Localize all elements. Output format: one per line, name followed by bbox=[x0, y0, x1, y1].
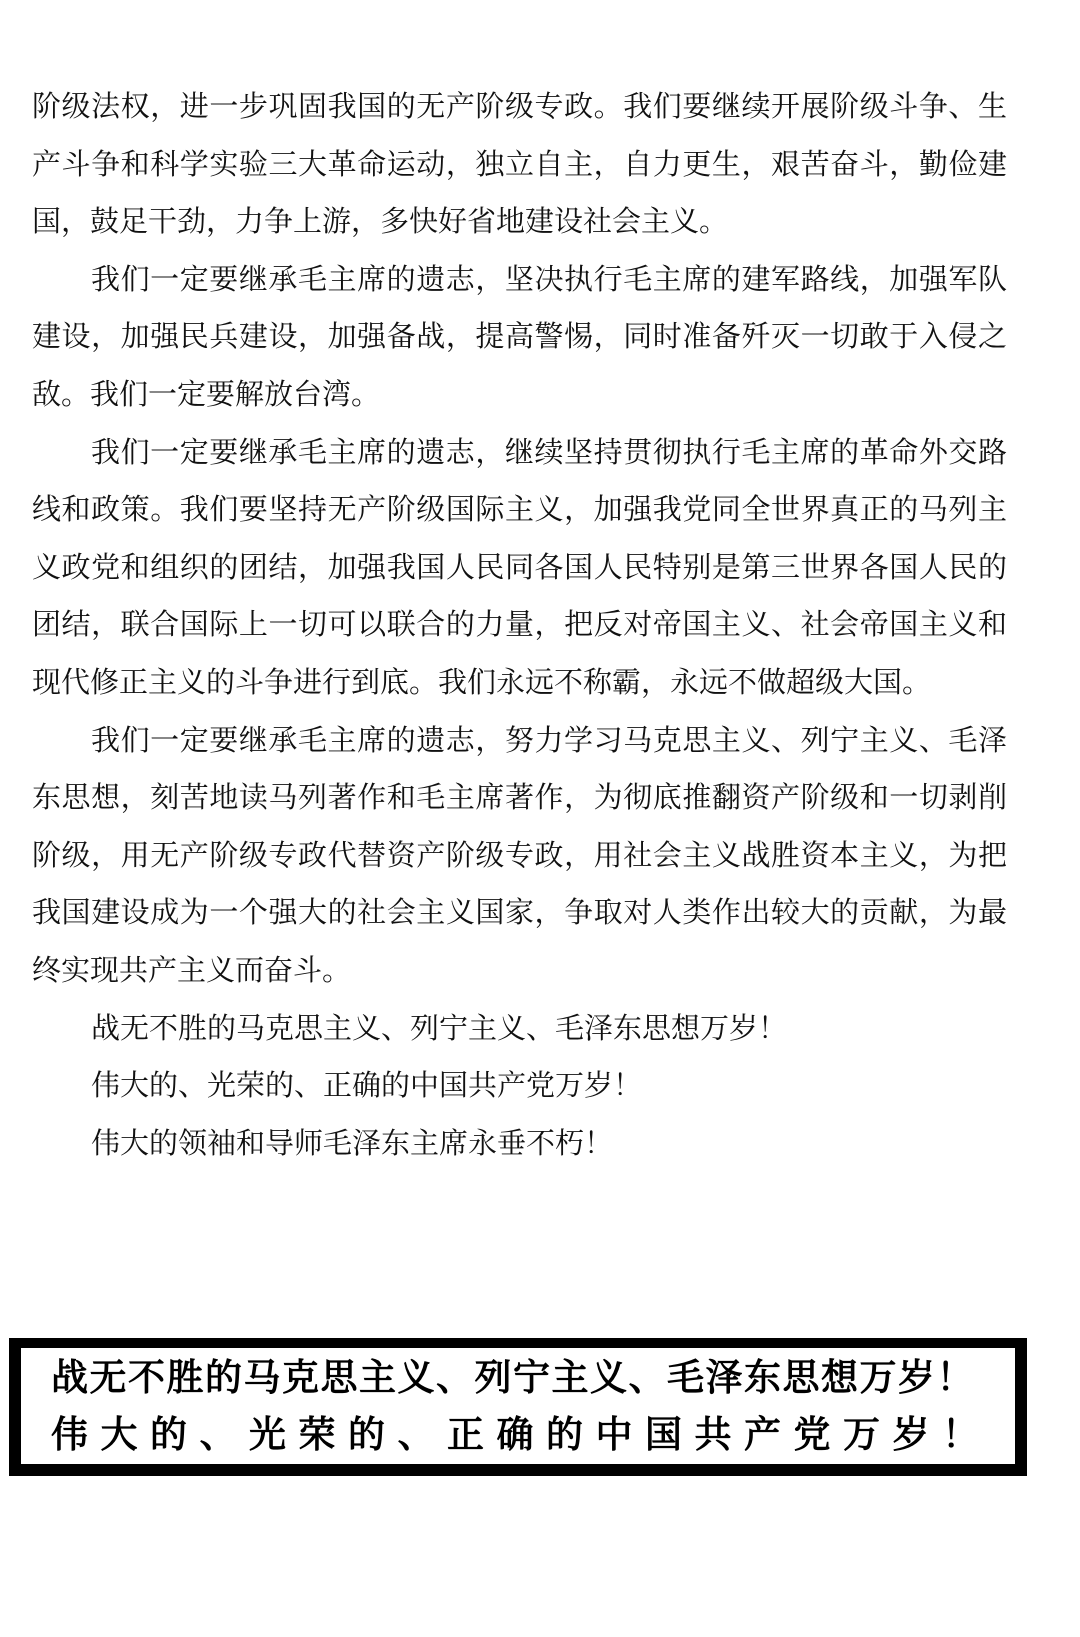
text-line: 现代修正主义的斗争进行到底。我们永远不称霸，永远不做超级大国。 bbox=[32, 654, 1007, 712]
text-line: 我们一定要继承毛主席的遗志，坚决执行毛主席的建军路线，加强军队 bbox=[32, 251, 1007, 309]
text-line: 线和政策。我们要坚持无产阶级国际主义，加强我党同全世界真正的马列主 bbox=[32, 481, 1007, 539]
text-line: 阶级法权，进一步巩固我国的无产阶级专政。我们要继续开展阶级斗争、生 bbox=[32, 78, 1007, 136]
text-line: 我们一定要继承毛主席的遗志，继续坚持贯彻执行毛主席的革命外交路 bbox=[32, 424, 1007, 482]
text-line: 产斗争和科学实验三大革命运动，独立自主，自力更生，艰苦奋斗，勤俭建 bbox=[32, 136, 1007, 194]
text-line: 东思想，刻苦地读马列著作和毛主席著作，为彻底推翻资产阶级和一切剥削 bbox=[32, 769, 1007, 827]
slogan-line: 伟大的领袖和导师毛泽东主席永垂不朽！ bbox=[32, 1115, 1007, 1173]
slogan-list: 战无不胜的马克思主义、列宁主义、毛泽东思想万岁！ 伟大的、光荣的、正确的中国共产… bbox=[32, 1000, 1007, 1173]
text-line: 敌。我们一定要解放台湾。 bbox=[32, 366, 1007, 424]
text-line: 我国建设成为一个强大的社会主义国家，争取对人类作出较大的贡献，为最 bbox=[32, 884, 1007, 942]
document-body: 阶级法权，进一步巩固我国的无产阶级专政。我们要继续开展阶级斗争、生 产斗争和科学… bbox=[32, 78, 1007, 1172]
banner-line: 伟大的、光荣的、正确的中国共产党万岁！ bbox=[21, 1406, 1015, 1463]
text-line: 义政党和组织的团结，加强我国人民同各国人民特别是第三世界各国人民的 bbox=[32, 539, 1007, 597]
paragraph: 阶级法权，进一步巩固我国的无产阶级专政。我们要继续开展阶级斗争、生 产斗争和科学… bbox=[32, 78, 1007, 251]
text-line: 团结，联合国际上一切可以联合的力量，把反对帝国主义、社会帝国主义和 bbox=[32, 596, 1007, 654]
text-line: 终实现共产主义而奋斗。 bbox=[32, 942, 1007, 1000]
slogan-line: 战无不胜的马克思主义、列宁主义、毛泽东思想万岁！ bbox=[32, 1000, 1007, 1058]
text-line: 国，鼓足干劲，力争上游，多快好省地建设社会主义。 bbox=[32, 193, 1007, 251]
text-line: 阶级，用无产阶级专政代替资产阶级专政，用社会主义战胜资本主义，为把 bbox=[32, 827, 1007, 885]
slogan-banner: 战无不胜的马克思主义、列宁主义、毛泽东思想万岁！ 伟大的、光荣的、正确的中国共产… bbox=[9, 1338, 1027, 1476]
text-line: 建设，加强民兵建设，加强备战，提高警惕，同时准备歼灭一切敢于入侵之 bbox=[32, 308, 1007, 366]
text-line: 我们一定要继承毛主席的遗志，努力学习马克思主义、列宁主义、毛泽 bbox=[32, 712, 1007, 770]
paragraph: 我们一定要继承毛主席的遗志，继续坚持贯彻执行毛主席的革命外交路 线和政策。我们要… bbox=[32, 424, 1007, 712]
banner-line: 战无不胜的马克思主义、列宁主义、毛泽东思想万岁！ bbox=[21, 1349, 1015, 1406]
slogan-line: 伟大的、光荣的、正确的中国共产党万岁！ bbox=[32, 1057, 1007, 1115]
paragraph: 我们一定要继承毛主席的遗志，坚决执行毛主席的建军路线，加强军队 建设，加强民兵建… bbox=[32, 251, 1007, 424]
paragraph: 我们一定要继承毛主席的遗志，努力学习马克思主义、列宁主义、毛泽 东思想，刻苦地读… bbox=[32, 712, 1007, 1000]
